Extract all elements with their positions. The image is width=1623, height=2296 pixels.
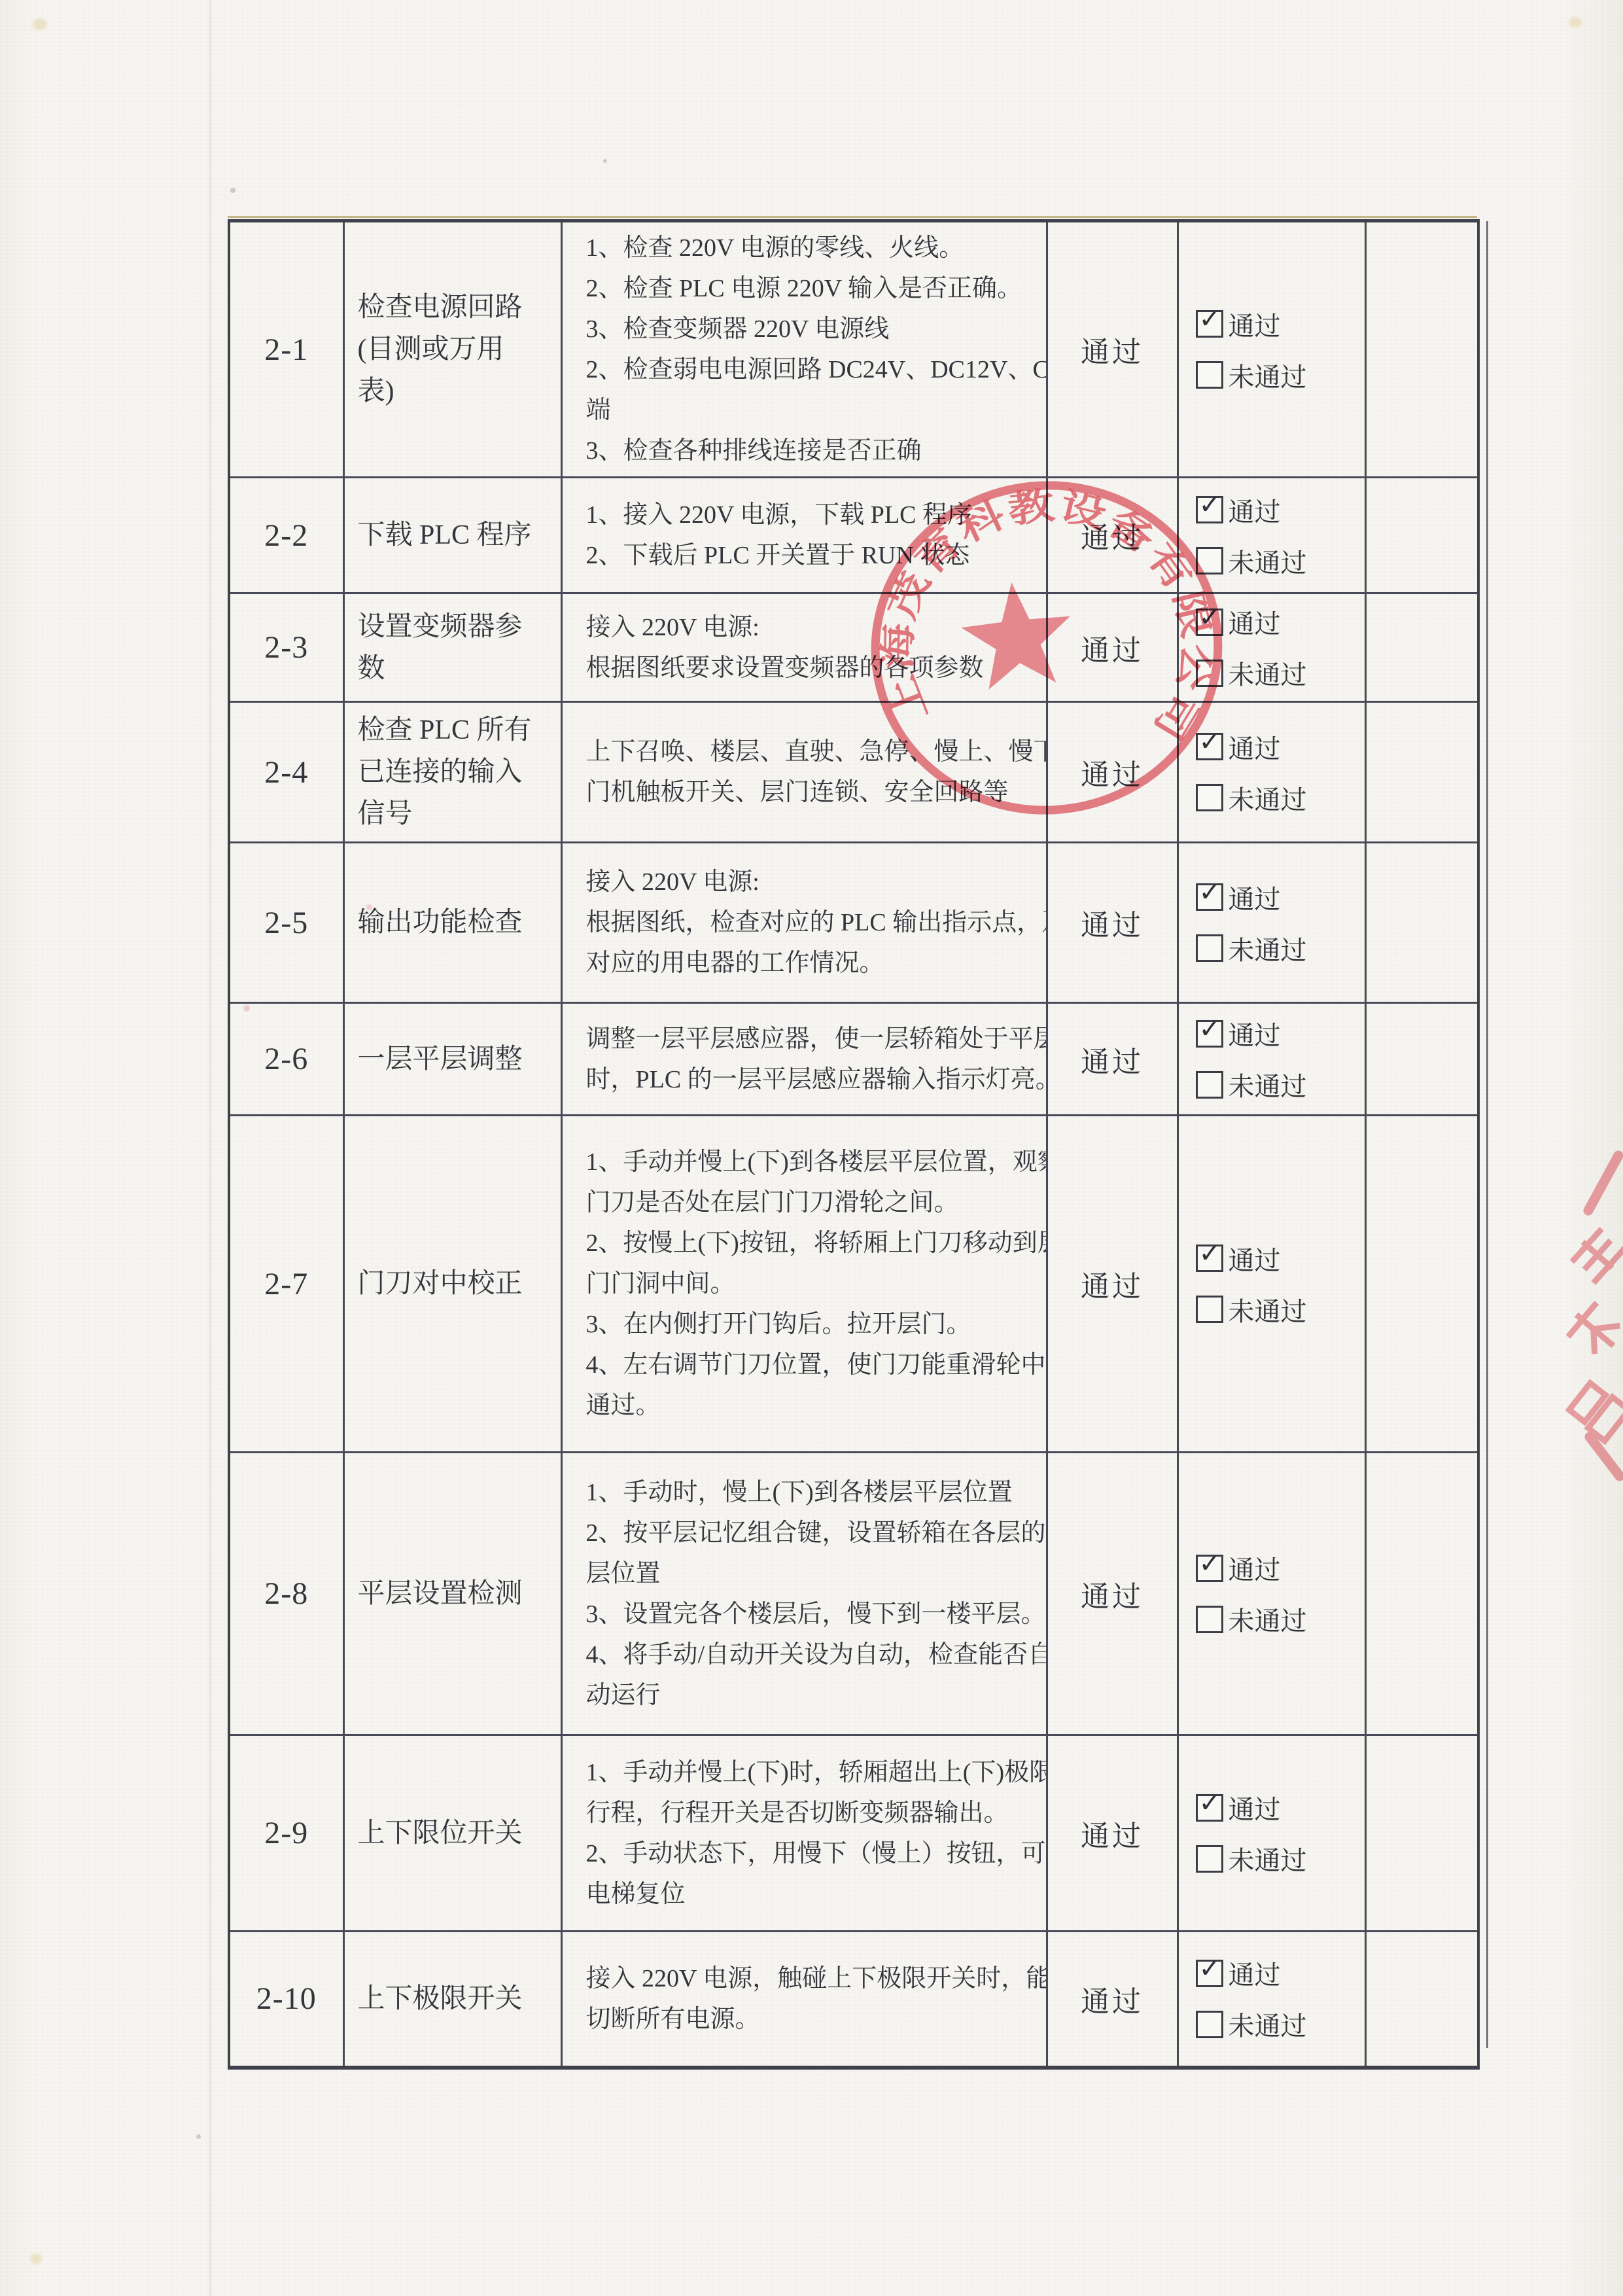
fail-option[interactable]: 未通过 xyxy=(1196,923,1364,974)
table-row: 2-8 平层设置检测 1、手动时，慢上(下)到各楼层平层位置2、按平层记忆组合键… xyxy=(229,1453,1478,1735)
check-item-name: 上下极限开关 xyxy=(343,1932,561,2068)
scan-speck xyxy=(1569,17,1582,27)
fail-label: 未通过 xyxy=(1229,654,1307,692)
check-mark-icon: ✓ xyxy=(1199,1788,1221,1818)
remark-cell xyxy=(1365,1932,1478,2068)
fail-option[interactable]: 未通过 xyxy=(1196,1999,1364,2050)
fail-checkbox[interactable] xyxy=(1196,784,1223,811)
table-row: 2-10 上下极限开关 接入 220V 电源，触碰上下极限开关时，能否切断所有电… xyxy=(229,1932,1478,2068)
fail-checkbox[interactable] xyxy=(1196,660,1223,687)
pass-label: 通过 xyxy=(1229,728,1281,766)
remark-cell xyxy=(1365,221,1478,478)
verdict-cell: ✓ 通过 未通过 xyxy=(1178,702,1365,843)
check-item-name: 下载 PLC 程序 xyxy=(343,478,561,593)
fail-option[interactable]: 未通过 xyxy=(1196,1833,1364,1884)
check-item-name: 平层设置检测 xyxy=(343,1453,561,1735)
row-id: 2-9 xyxy=(264,1816,308,1850)
check-item-content: 接入 220V 电源:根据图纸要求设置变频器的各项参数 xyxy=(561,593,1047,702)
row-id: 2-1 xyxy=(264,332,308,367)
row-id: 2-3 xyxy=(264,630,308,665)
pass-label: 通过 xyxy=(1229,1015,1281,1052)
check-mark-icon: ✓ xyxy=(1199,1549,1221,1579)
check-item-name: 设置变频器参数 xyxy=(343,593,561,702)
verdict-cell: ✓ 通过 未通过 xyxy=(1178,843,1365,1003)
remark-cell xyxy=(1365,1735,1478,1932)
pass-checkbox[interactable]: ✓ xyxy=(1196,1020,1223,1048)
verdict-cell: ✓ 通过 未通过 xyxy=(1178,1932,1365,2068)
fail-label: 未通过 xyxy=(1229,779,1307,817)
pass-option[interactable]: ✓ 通过 xyxy=(1196,1948,1364,1999)
row-id: 2-7 xyxy=(264,1267,308,1301)
fail-option[interactable]: 未通过 xyxy=(1196,648,1364,699)
verdict-cell: ✓ 通过 未通过 xyxy=(1178,1735,1365,1932)
fail-checkbox[interactable] xyxy=(1196,2011,1223,2038)
scan-speck xyxy=(196,2134,201,2139)
fail-option[interactable]: 未通过 xyxy=(1196,772,1364,823)
fail-label: 未通过 xyxy=(1229,1840,1307,1877)
fail-checkbox[interactable] xyxy=(1196,1071,1223,1099)
scan-speck xyxy=(33,18,47,30)
check-mark-icon: ✓ xyxy=(1199,490,1221,520)
result-text: 通过 xyxy=(1081,759,1143,791)
fail-label: 未通过 xyxy=(1229,1600,1307,1638)
remark-cell xyxy=(1365,478,1478,593)
pass-label: 通过 xyxy=(1229,1954,1281,1992)
table-row: 2-7 门刀对中校正 1、手动并慢上(下)到各楼层平层位置，观察门刀是否处在层门… xyxy=(229,1116,1478,1453)
result-text: 通过 xyxy=(1081,1271,1143,1303)
check-item-content: 1、手动时，慢上(下)到各楼层平层位置2、按平层记忆组合键，设置轿箱在各层的平层… xyxy=(561,1453,1047,1735)
check-item-name: 上下限位开关 xyxy=(343,1735,561,1932)
checklist-body: 2-1 检查电源回路(目测或万用表) 1、检查 220V 电源的零线、火线。2、… xyxy=(229,221,1478,2068)
row-id: 2-6 xyxy=(264,1042,308,1076)
check-item-name: 检查 PLC 所有已连接的输入信号 xyxy=(343,702,561,843)
fail-label: 未通过 xyxy=(1229,542,1307,580)
pass-checkbox[interactable]: ✓ xyxy=(1196,1794,1223,1822)
table-row: 2-5 输出功能检查 接入 220V 电源:根据图纸，检查对应的 PLC 输出指… xyxy=(229,843,1478,1003)
remark-cell xyxy=(1365,1453,1478,1735)
check-mark-icon: ✓ xyxy=(1199,304,1221,334)
pass-label: 通过 xyxy=(1229,1789,1281,1826)
verdict-cell: ✓ 通过 未通过 xyxy=(1178,1003,1365,1116)
result-text: 通过 xyxy=(1081,635,1143,667)
result-text: 通过 xyxy=(1081,910,1143,942)
check-mark-icon: ✓ xyxy=(1199,727,1221,757)
fail-checkbox[interactable] xyxy=(1196,361,1223,389)
result-text: 通过 xyxy=(1081,1046,1143,1078)
table-row: 2-9 上下限位开关 1、手动并慢上(下)时，轿厢超出上(下)极限行程，行程开关… xyxy=(229,1735,1478,1932)
check-item-name: 一层平层调整 xyxy=(343,1003,561,1116)
fail-checkbox[interactable] xyxy=(1196,547,1223,574)
pass-checkbox[interactable]: ✓ xyxy=(1196,733,1223,760)
check-item-content: 1、接入 220V 电源，下载 PLC 程序2、下载后 PLC 开关置于 RUN… xyxy=(561,478,1047,593)
row-id: 2-8 xyxy=(264,1576,308,1611)
fail-label: 未通过 xyxy=(1229,357,1307,394)
fail-checkbox[interactable] xyxy=(1196,934,1223,962)
result-text: 通过 xyxy=(1081,1581,1143,1613)
check-item-name: 检查电源回路(目测或万用表) xyxy=(343,221,561,478)
check-mark-icon: ✓ xyxy=(1199,603,1221,633)
pass-checkbox[interactable]: ✓ xyxy=(1196,1960,1223,1987)
check-item-content: 调整一层平层感应器，使一层轿箱处于平层时，PLC 的一层平层感应器输入指示灯亮。 xyxy=(561,1003,1047,1116)
pass-checkbox[interactable]: ✓ xyxy=(1196,496,1223,523)
check-item-content: 1、手动并慢上(下)时，轿厢超出上(下)极限行程，行程开关是否切断变频器输出。2… xyxy=(561,1735,1047,1932)
pass-option[interactable]: ✓ 通过 xyxy=(1196,1008,1364,1059)
scan-speck xyxy=(603,159,607,163)
check-item-name: 输出功能检查 xyxy=(343,843,561,1003)
check-item-content: 接入 220V 电源:根据图纸，检查对应的 PLC 输出指示点，及对应的用电器的… xyxy=(561,843,1047,1003)
scan-artifact-line xyxy=(209,0,211,2296)
fail-option[interactable]: 未通过 xyxy=(1196,1594,1364,1645)
fail-label: 未通过 xyxy=(1229,1066,1307,1103)
fail-checkbox[interactable] xyxy=(1196,1606,1223,1633)
remark-cell xyxy=(1365,702,1478,843)
scan-speck xyxy=(230,188,236,193)
remark-cell xyxy=(1365,1003,1478,1116)
table-row: 2-2 下载 PLC 程序 1、接入 220V 电源，下载 PLC 程序2、下载… xyxy=(229,478,1478,593)
table-row: 2-6 一层平层调整 调整一层平层感应器，使一层轿箱处于平层时，PLC 的一层平… xyxy=(229,1003,1478,1116)
fail-label: 未通过 xyxy=(1229,1291,1307,1328)
verdict-cell: ✓ 通过 未通过 xyxy=(1178,1116,1365,1453)
row-id: 2-2 xyxy=(264,518,308,553)
scan-artifact-line xyxy=(1486,221,1488,2048)
check-mark-icon: ✓ xyxy=(1199,1014,1221,1044)
check-item-content: 上下召唤、楼层、直驶、急停、慢上、慢下、门机触板开关、层门连锁、安全回路等 xyxy=(561,702,1047,843)
pass-label: 通过 xyxy=(1229,491,1281,529)
check-mark-icon: ✓ xyxy=(1199,1954,1221,1984)
remark-cell xyxy=(1365,843,1478,1003)
row-id: 2-5 xyxy=(264,906,308,940)
table-row: 2-1 检查电源回路(目测或万用表) 1、检查 220V 电源的零线、火线。2、… xyxy=(229,221,1478,478)
verdict-cell: ✓ 通过 未通过 xyxy=(1178,593,1365,702)
fail-option[interactable]: 未通过 xyxy=(1196,1284,1364,1335)
pass-checkbox[interactable]: ✓ xyxy=(1196,310,1223,338)
fail-option[interactable]: 未通过 xyxy=(1196,1059,1364,1110)
pass-label: 通过 xyxy=(1229,1549,1281,1587)
pass-checkbox[interactable]: ✓ xyxy=(1196,609,1223,636)
check-item-content: 接入 220V 电源，触碰上下极限开关时，能否切断所有电源。 xyxy=(561,1932,1047,2068)
pass-option[interactable]: ✓ 通过 xyxy=(1196,484,1364,535)
pass-option[interactable]: ✓ 通过 xyxy=(1196,1543,1364,1594)
remark-cell xyxy=(1365,1116,1478,1453)
pass-checkbox[interactable]: ✓ xyxy=(1196,883,1223,911)
row-id: 2-10 xyxy=(256,1981,317,2016)
fail-checkbox[interactable] xyxy=(1196,1296,1223,1323)
remark-cell xyxy=(1365,593,1478,702)
edge-stamp-fragment xyxy=(1535,1150,1623,1491)
verdict-cell: ✓ 通过 未通过 xyxy=(1178,221,1365,478)
pass-option[interactable]: ✓ 通过 xyxy=(1196,1233,1364,1284)
check-item-content: 1、检查 220V 电源的零线、火线。2、检查 PLC 电源 220V 输入是否… xyxy=(561,221,1047,478)
pass-option[interactable]: ✓ 通过 xyxy=(1196,721,1364,772)
result-text: 通过 xyxy=(1081,336,1143,368)
result-text: 通过 xyxy=(1081,522,1143,554)
verdict-cell: ✓ 通过 未通过 xyxy=(1178,1453,1365,1735)
pass-checkbox[interactable]: ✓ xyxy=(1196,1555,1223,1582)
pass-option[interactable]: ✓ 通过 xyxy=(1196,597,1364,648)
scan-artifact-line xyxy=(228,216,1477,218)
pass-label: 通过 xyxy=(1229,603,1281,641)
pass-label: 通过 xyxy=(1229,1240,1281,1277)
scan-speck xyxy=(30,2253,42,2264)
fail-label: 未通过 xyxy=(1229,2005,1307,2043)
check-mark-icon: ✓ xyxy=(1199,1239,1221,1269)
pass-label: 通过 xyxy=(1229,306,1281,343)
pass-option[interactable]: ✓ 通过 xyxy=(1196,298,1364,349)
fail-label: 未通过 xyxy=(1229,930,1307,967)
result-text: 通过 xyxy=(1081,1986,1143,2018)
row-id: 2-4 xyxy=(264,755,308,790)
check-item-name: 门刀对中校正 xyxy=(343,1116,561,1453)
commissioning-checklist-table: 2-1 检查电源回路(目测或万用表) 1、检查 220V 电源的零线、火线。2、… xyxy=(228,219,1480,2070)
fail-option[interactable]: 未通过 xyxy=(1196,535,1364,586)
table-row: 2-3 设置变频器参数 接入 220V 电源:根据图纸要求设置变频器的各项参数 … xyxy=(229,593,1478,702)
fail-option[interactable]: 未通过 xyxy=(1196,349,1364,400)
check-item-content: 1、手动并慢上(下)到各楼层平层位置，观察门刀是否处在层门门刀滑轮之间。2、按慢… xyxy=(561,1116,1047,1453)
table-row: 2-4 检查 PLC 所有已连接的输入信号 上下召唤、楼层、直驶、急停、慢上、慢… xyxy=(229,702,1478,843)
pass-checkbox[interactable]: ✓ xyxy=(1196,1245,1223,1272)
result-text: 通过 xyxy=(1081,1820,1143,1852)
check-mark-icon: ✓ xyxy=(1199,877,1221,908)
pass-option[interactable]: ✓ 通过 xyxy=(1196,1782,1364,1833)
fail-checkbox[interactable] xyxy=(1196,1845,1223,1873)
pass-label: 通过 xyxy=(1229,879,1281,916)
verdict-cell: ✓ 通过 未通过 xyxy=(1178,478,1365,593)
pass-option[interactable]: ✓ 通过 xyxy=(1196,872,1364,923)
